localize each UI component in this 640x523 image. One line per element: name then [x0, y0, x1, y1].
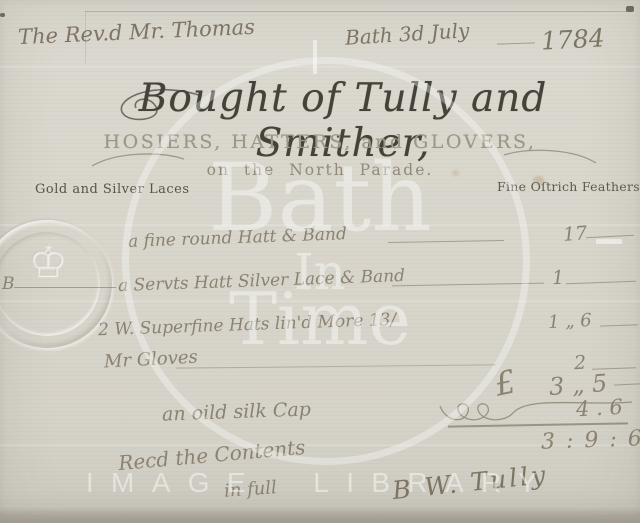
watermark-word-time: Time	[0, 283, 640, 355]
watermark-word-bath: Bath	[0, 152, 640, 246]
ruled-header-line	[85, 11, 628, 12]
watermark-top-tick	[313, 40, 317, 74]
cap-item-amount: 4 . 6	[575, 395, 623, 421]
paper-bottom-edge-shadow	[0, 507, 640, 523]
paper-speck	[626, 6, 634, 12]
watermark-footer: IMAGE LIBRARY	[0, 467, 640, 499]
year-handwriting: 1784	[540, 23, 605, 55]
photographed-document: ♔ The Rev.d Mr. Thomas Bath 3d July 1784…	[0, 0, 640, 523]
grand-total: 3 : 9 : 6	[541, 426, 640, 455]
paper-speck	[0, 13, 5, 17]
